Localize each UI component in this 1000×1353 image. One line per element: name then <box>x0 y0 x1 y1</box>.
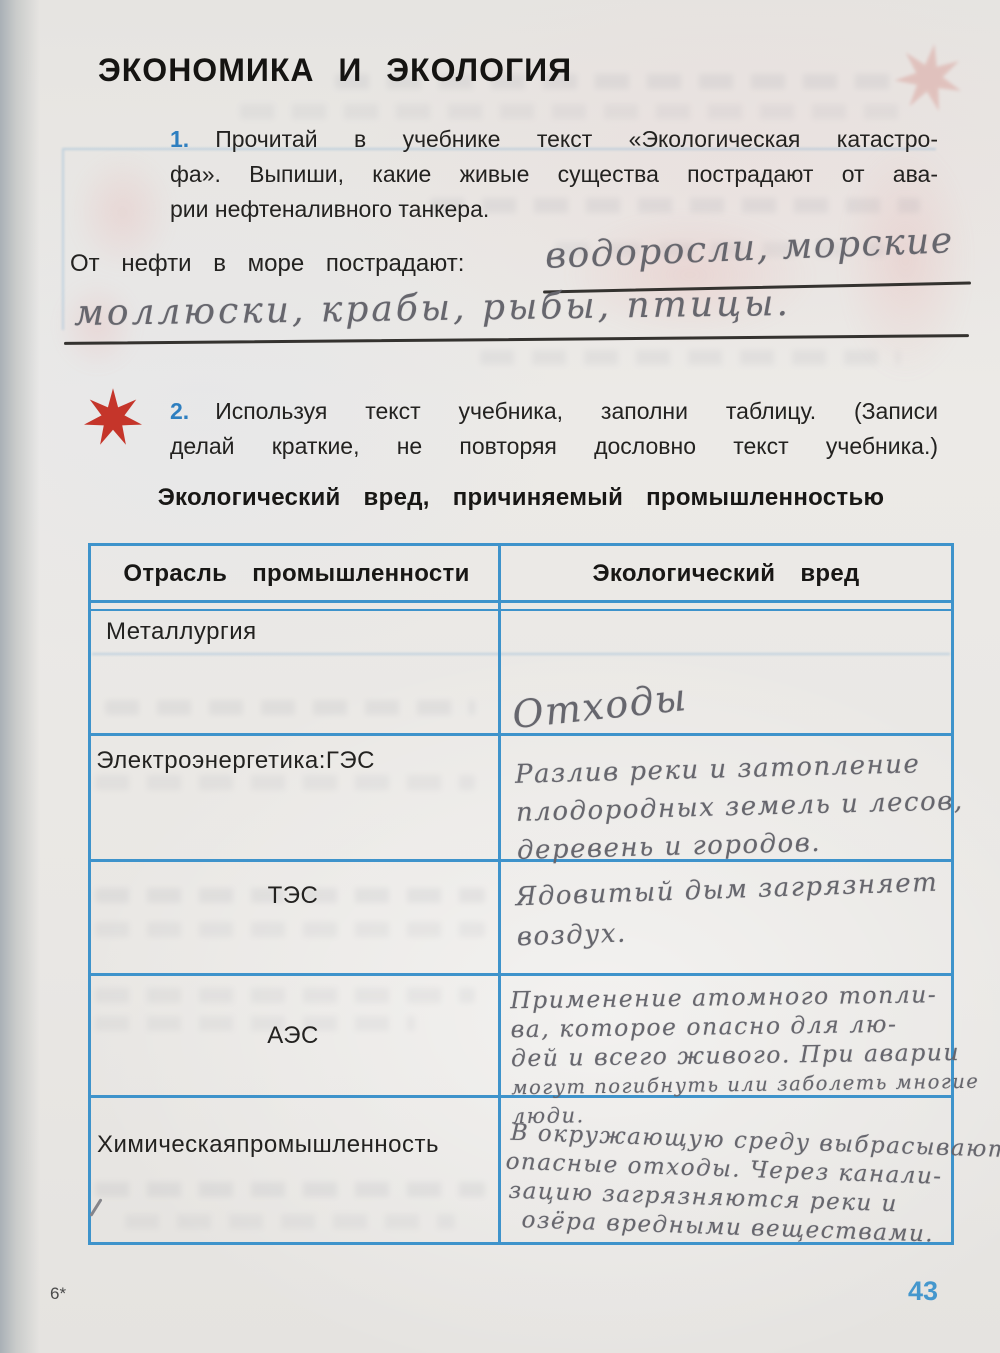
industry-cell: Металлургия <box>106 618 257 646</box>
handwritten-harm-cell: Разлив реки и затоплениеплодородных земе… <box>515 744 965 870</box>
page-title: ЭКОНОМИКА И ЭКОЛОГИЯ <box>98 52 572 89</box>
task1-text-line: Прочитай в учебнике текст «Экологическая… <box>215 126 938 152</box>
bleedthrough-text <box>480 350 900 365</box>
text-line: промышленность <box>237 1131 439 1158</box>
bleedthrough-text <box>240 104 900 119</box>
book-spine-shadow <box>0 0 40 1353</box>
table-header-harm: Экологический вред <box>501 560 951 588</box>
task1-answer-prompt: От нефти в море пострадают: <box>70 250 464 278</box>
task2-number: 2. <box>170 398 189 424</box>
bleedthrough-star-icon <box>888 37 970 119</box>
task2-text: 2.Используя текст учебника, заполни табл… <box>170 394 938 464</box>
task1-text-line: фа». Выпиши, какие живые существа постра… <box>170 157 938 192</box>
text-line: ГЭС <box>326 747 375 774</box>
handwritten-harm-cell: В окружающую среду выбрасываютсяопасные … <box>507 1119 1000 1253</box>
industry-cell: Химическаяпромышленность <box>97 1126 439 1163</box>
sheet-mark: 6* <box>50 1284 66 1304</box>
table-header-rule <box>91 609 951 611</box>
handwritten-harm-cell: Применение атомного топли-ва, которое оп… <box>510 980 980 1132</box>
task1-number: 1. <box>170 126 189 152</box>
industry-cell: АЭС <box>88 1022 498 1050</box>
table-column-divider <box>498 543 501 1245</box>
table-row-rule <box>91 973 951 976</box>
workbook-page: ЭКОНОМИКА И ЭКОЛОГИЯ 1.Прочитай в учебни… <box>0 0 1000 1353</box>
star-icon <box>82 386 144 450</box>
industry-cell: ТЭС <box>88 882 498 910</box>
text-line: Химическая <box>97 1131 237 1158</box>
handwritten-harm-cell: Ядовитый дым загрязняетвоздух. <box>515 863 941 958</box>
text-line: АЭС <box>267 1022 319 1049</box>
answer-underline <box>64 334 969 345</box>
task2-text-line: делай краткие, не повторяя дословно текс… <box>170 429 938 464</box>
industry-cell: Электроэнергетика:ГЭС <box>95 744 375 778</box>
task1-text-line: рии нефтеналивного танкера. <box>170 192 938 227</box>
task1-text: 1.Прочитай в учебнике текст «Экологическ… <box>170 122 938 227</box>
page-number: 43 <box>908 1276 938 1307</box>
text-line: Металлургия <box>106 618 257 645</box>
table-header-industry: Отрасль промышленности <box>95 560 498 588</box>
task2-text-line: Используя текст учебника, заполни таблиц… <box>215 398 938 424</box>
text-line: Электроэнергетика: <box>96 747 326 774</box>
text-line: ТЭС <box>268 882 319 909</box>
table-header-rule <box>91 600 951 603</box>
table-caption: Экологический вред, причиняемый промышле… <box>88 484 954 512</box>
